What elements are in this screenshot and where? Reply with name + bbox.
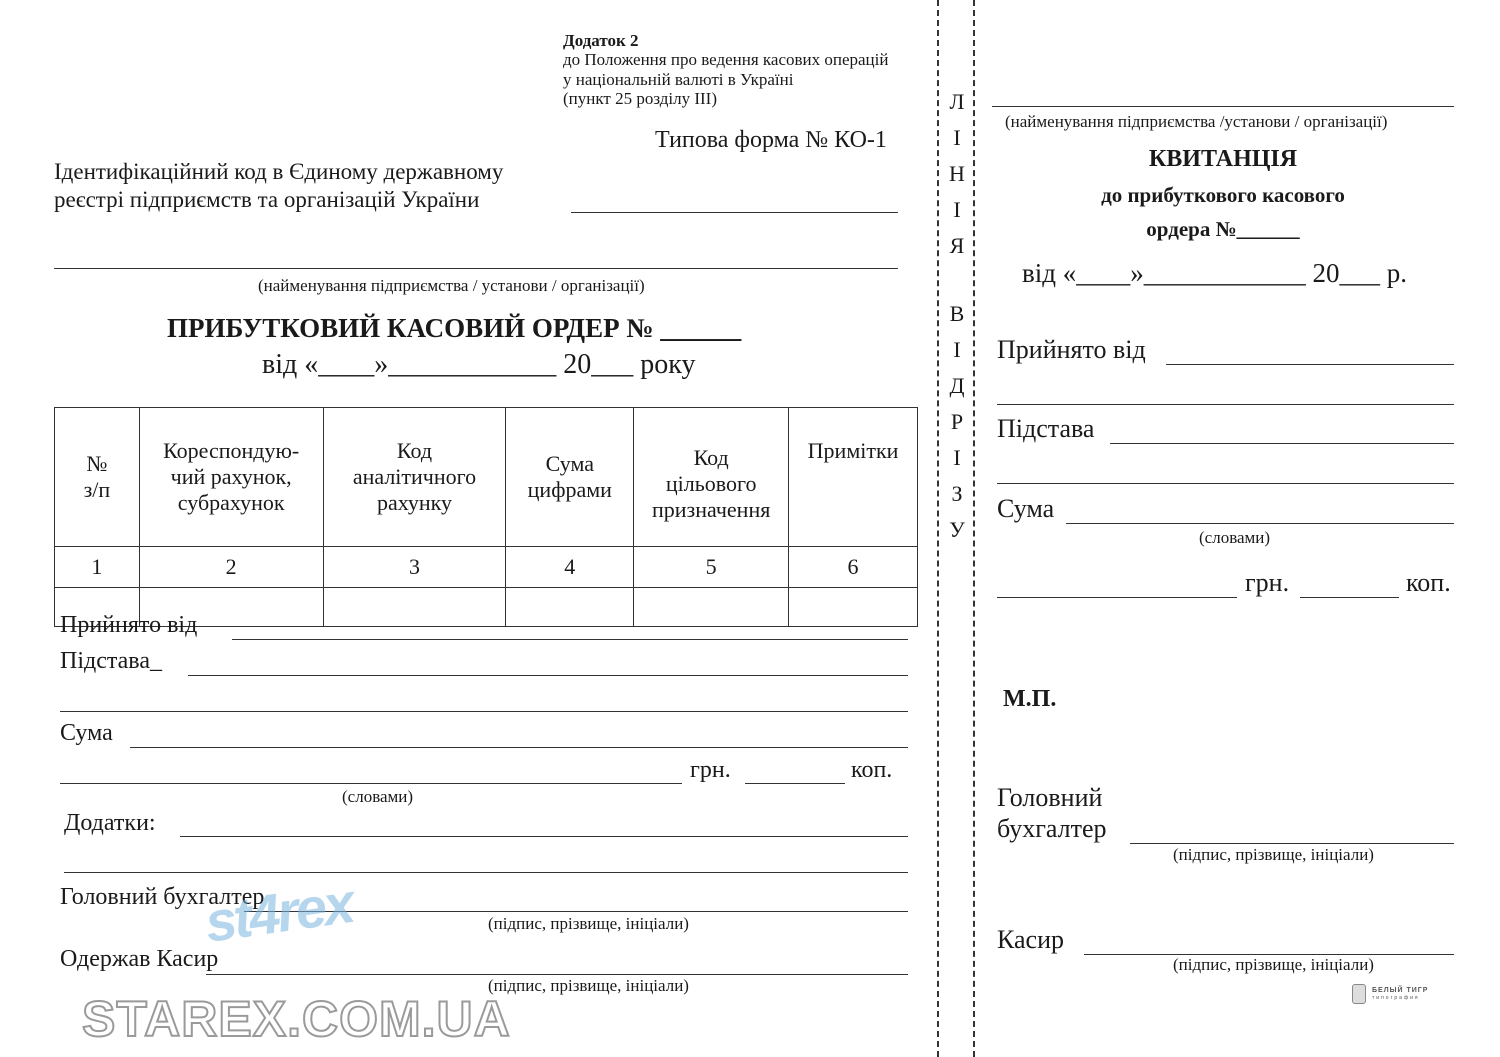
org-name-field[interactable] [54,268,898,269]
cell-analytic-code[interactable] [323,588,506,627]
cut-line-label-2: ВІДРІЗУ [945,296,969,548]
receipt-received-from-field-2[interactable] [997,404,1454,405]
appendix-line-2: у національній валюті в Україні [563,70,793,90]
kop-label: коп. [851,757,892,784]
chief-signature-caption: (підпис, прізвище, ініціали) [488,914,689,934]
receipt-in-words-caption: (словами) [1199,528,1270,548]
sum-field[interactable] [130,747,908,748]
appendix-line-1: до Положення про ведення касових операці… [563,50,888,70]
received-from-label: Прийнято від [60,612,197,639]
id-code-label-2: реєстрі підприємств та організацій Украї… [54,187,479,213]
receipt-chief-signature-caption: (підпис, прізвище, ініціали) [1173,845,1374,865]
sum-label: Сума [60,720,113,747]
cut-line-left [937,0,939,1057]
attachments-field[interactable] [180,836,908,837]
receipt-chief-label-1: Головний [997,783,1102,813]
header-notes: Примітки [789,408,918,547]
receipt-basis-field-2[interactable] [997,483,1454,484]
col-number: 2 [139,547,323,588]
receipt-title: КВИТАНЦІЯ [992,146,1454,173]
cell-sum[interactable] [506,588,634,627]
cut-line-right [973,0,975,1057]
table-header-row: №з/п Кореспондую-чий рахунок,субрахунок … [55,408,918,547]
appendix-title: Додаток 2 [563,31,639,51]
col-number: 1 [55,547,140,588]
receipt-date: від «____»____________ 20___ р. [1022,258,1407,289]
starex-watermark-site: STAREX.COM.UA [82,990,511,1048]
form-type: Типова форма № КО-1 [655,127,887,154]
receipt-kop-field[interactable] [1300,597,1399,598]
attachments-label: Додатки: [64,810,156,837]
sum-words-field[interactable] [60,783,682,784]
receipt-kop-label: коп. [1406,568,1451,598]
header-no: №з/п [55,408,140,547]
cell-purpose-code[interactable] [634,588,789,627]
received-from-field[interactable] [232,639,908,640]
col-number: 4 [506,547,634,588]
receipt-received-from-field[interactable] [1166,364,1454,365]
col-number: 3 [323,547,506,588]
cashier-signature-caption: (підпис, прізвище, ініціали) [488,976,689,996]
in-words-caption: (словами) [342,787,413,807]
receipt-uah-field[interactable] [997,597,1237,598]
receipt-sum-field[interactable] [1066,523,1454,524]
printer-logo: БЕЛЫЙ ТИГР типография [1352,984,1428,1004]
receipt-org-caption: (найменування підприємства /установи / о… [1005,112,1387,132]
uah-label: грн. [690,757,731,784]
tiger-icon [1352,984,1366,1004]
cut-line-label-1: ЛІНІЯ [945,84,969,264]
printer-logo-name: БЕЛЫЙ ТИГР [1372,987,1428,995]
receipt-sum-label: Сума [997,494,1054,524]
order-table: №з/п Кореспондую-чий рахунок,субрахунок … [54,407,918,627]
order-date: від «____»____________ 20___ року [262,349,695,381]
header-corr-account: Кореспондую-чий рахунок,субрахунок [139,408,323,547]
receipt-subtitle-1: до прибуткового касового [992,183,1454,208]
receipt-basis-field[interactable] [1110,443,1454,444]
receipt-received-from-label: Прийнято від [997,335,1146,365]
col-number: 5 [634,547,789,588]
header-purpose-code: Кодцільовогопризначення [634,408,789,547]
kop-field[interactable] [745,783,845,784]
attachments-field-2[interactable] [64,872,908,873]
basis-field-2[interactable] [60,711,908,712]
receipt-basis-label: Підстава [997,414,1094,444]
receipt-org-field[interactable] [992,106,1454,107]
stamp-place: М.П. [1003,686,1056,713]
receipt-uah-label: грн. [1245,568,1289,598]
cashier-received-label: Одержав Касир [60,946,218,973]
cell-notes[interactable] [789,588,918,627]
appendix-line-3: (пункт 25 розділу III) [563,89,717,109]
header-sum-digits: Сумацифрами [506,408,634,547]
receipt-chief-label-2: бухгалтер [997,814,1107,844]
receipt-cashier-label: Касир [997,925,1064,955]
starex-watermark-logo: st4rex [201,870,356,955]
col-number: 6 [789,547,918,588]
receipt-subtitle-2: ордера №______ [992,217,1454,242]
basis-label: Підстава_ [60,648,162,675]
table-number-row: 1 2 3 4 5 6 [55,547,918,588]
basis-field[interactable] [188,675,908,676]
org-name-caption: (найменування підприємства / установи / … [258,276,645,296]
receipt-chief-signature-field[interactable] [1130,843,1454,844]
printer-logo-sub: типография [1372,995,1428,1001]
header-analytic-code: Коданалітичногорахунку [323,408,506,547]
id-code-label-1: Ідентифікаційний код в Єдиному державном… [54,159,503,185]
id-code-field[interactable] [571,212,898,213]
cashier-signature-field[interactable] [206,974,908,975]
order-title: ПРИБУТКОВИЙ КАСОВИЙ ОРДЕР № ______ [167,313,741,344]
receipt-cashier-signature-caption: (підпис, прізвище, ініціали) [1173,955,1374,975]
